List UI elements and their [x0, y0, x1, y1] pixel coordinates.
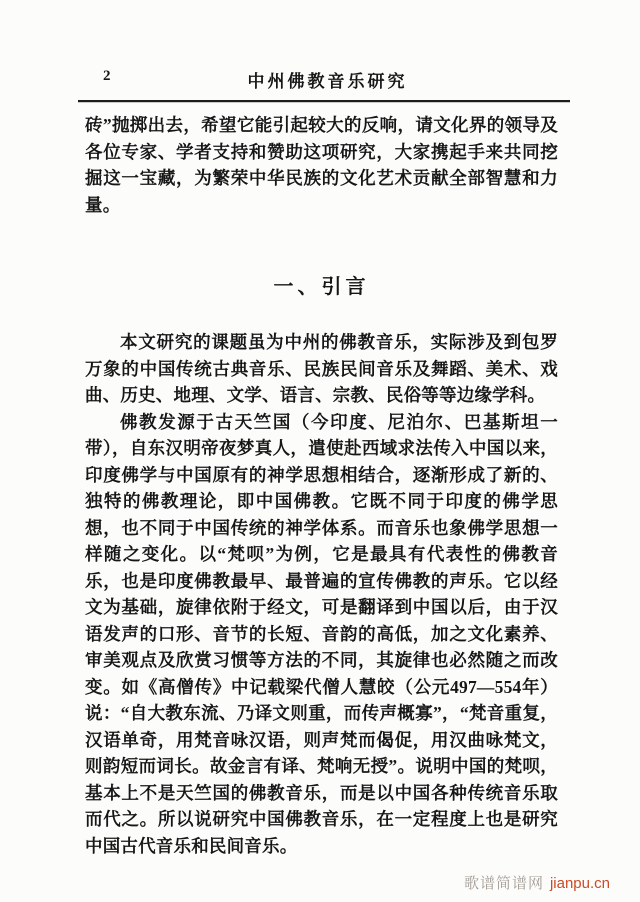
scanned-book-page: 2 中州佛教音乐研究 砖”抛掷出去，希望它能引起较大的反响，请文化界的领导及各位…: [0, 0, 640, 902]
section-heading-introduction: 一、引言: [85, 272, 558, 302]
running-title: 中州佛教音乐研究: [85, 66, 570, 92]
watermark-site-url: jianpu.cn: [550, 875, 610, 892]
paragraph-buddhism-history: 佛教发源于古天竺国（今印度、尼泊尔、巴基斯坦一带），自东汉明帝夜梦真人，遣使赴西…: [85, 409, 558, 860]
continuation-paragraph: 砖”抛掷出去，希望它能引起较大的反响，请文化界的领导及各位专家、学者支持和赞助这…: [85, 112, 558, 218]
watermark-site-name: 歌谱简谱网: [464, 875, 544, 892]
paragraph-scope: 本文研究的课题虽为中州的佛教音乐，实际涉及到包罗万象的中国传统古典音乐、民族民间…: [85, 329, 558, 409]
running-header: 2 中州佛教音乐研究: [85, 66, 570, 90]
page-body-text: 砖”抛掷出去，希望它能引起较大的反响，请文化界的领导及各位专家、学者支持和赞助这…: [85, 112, 558, 859]
header-rule-divider: [78, 100, 570, 102]
page-number: 2: [103, 68, 111, 85]
watermark: 歌谱简谱网jianpu.cn: [464, 872, 610, 893]
